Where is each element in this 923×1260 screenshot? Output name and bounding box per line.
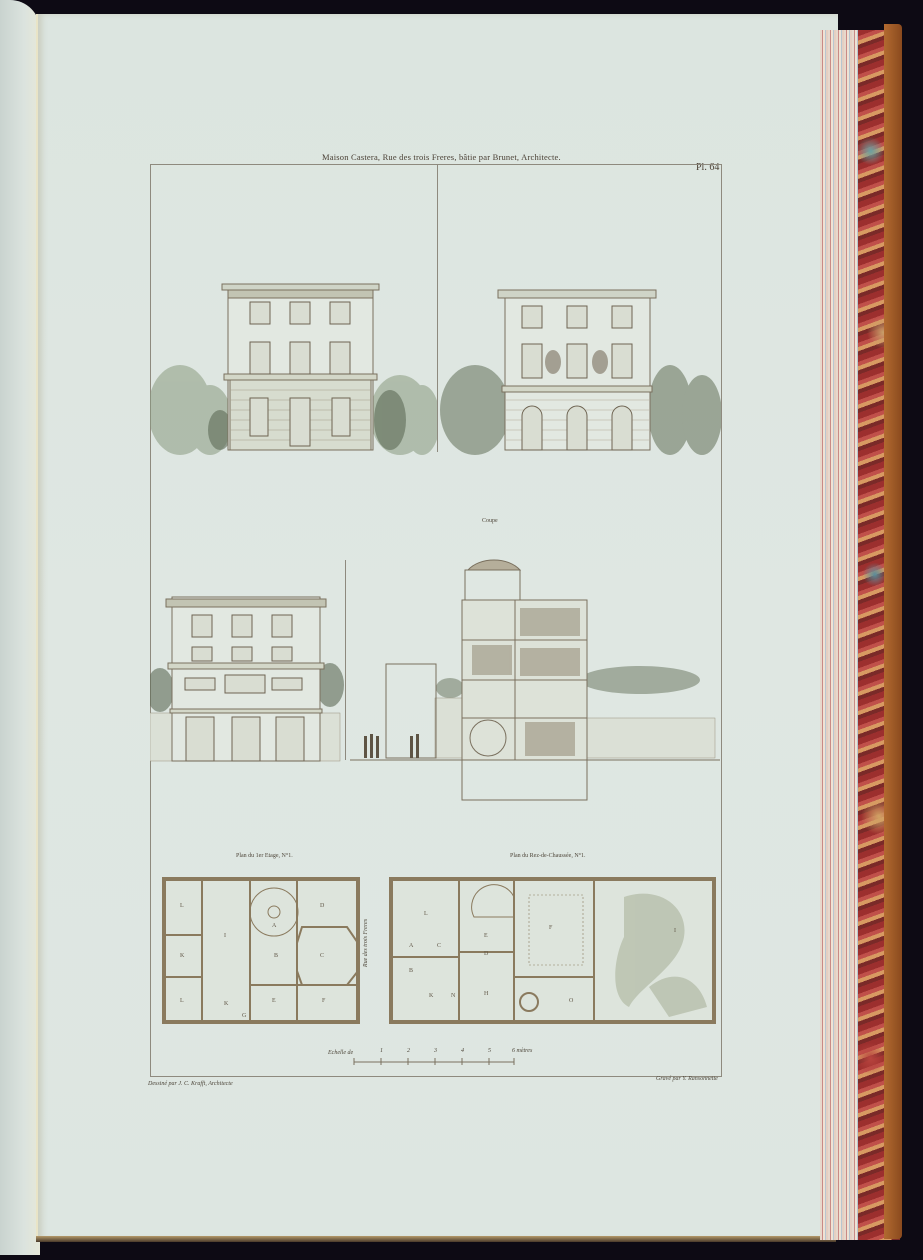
svg-text:K: K [180, 953, 185, 959]
svg-text:L: L [424, 911, 428, 917]
svg-text:H: H [484, 991, 489, 997]
svg-text:A: A [409, 943, 414, 949]
svg-text:E: E [484, 933, 488, 939]
scale-tick-1: 1 [380, 1048, 383, 1054]
scale-bar [352, 1052, 522, 1068]
elevation-front-left [150, 270, 437, 455]
plan-first-floor-label: Plan du 1er Etage, N°1. [236, 853, 293, 859]
svg-text:K: K [224, 1001, 229, 1007]
scale-tick-3: 3 [434, 1048, 437, 1054]
svg-text:L: L [180, 903, 184, 909]
section-label: Coupe [482, 518, 498, 524]
scale-tick-6: 6 mètres [512, 1048, 532, 1054]
svg-text:O: O [569, 998, 574, 1004]
plate-title: Maison Castera, Rue des trois Freres, bâ… [322, 152, 561, 162]
plan-first-floor: LKL IKA BCD EFG [162, 877, 360, 1024]
section-drawing [350, 540, 720, 810]
credit-drawn-by: Dessiné par J. C. Krafft, Architecte [148, 1081, 233, 1087]
frame-bottom [150, 1076, 722, 1077]
svg-text:C: C [437, 943, 441, 949]
page-fore-edge [820, 30, 860, 1240]
svg-text:I: I [674, 928, 676, 934]
frame-top [150, 164, 722, 165]
elevation-garden-right [440, 270, 721, 455]
svg-text:D: D [320, 903, 325, 909]
svg-text:C: C [320, 953, 324, 959]
scale-label: Echelle de [328, 1050, 353, 1056]
svg-text:G: G [242, 1013, 247, 1019]
credit-engraved-by: Gravé par Y. Ransonnette [656, 1076, 718, 1082]
street-label: Rue des trois Freres [363, 919, 369, 967]
svg-text:N: N [451, 993, 456, 999]
scale-tick-5: 5 [488, 1048, 491, 1054]
elevation-street [150, 585, 345, 765]
svg-text:E: E [272, 998, 276, 1004]
svg-text:K: K [429, 993, 434, 999]
frame-divider-mid [345, 560, 346, 760]
svg-text:L: L [180, 998, 184, 1004]
left-page-leaf [0, 0, 40, 1255]
leather-cover-edge [884, 24, 902, 1239]
scale-tick-2: 2 [407, 1048, 410, 1054]
plan-ground-floor: LAC BKN EDH FOI [389, 877, 716, 1024]
svg-text:A: A [272, 923, 277, 929]
page-bottom-edge [36, 1236, 836, 1242]
svg-text:B: B [409, 968, 413, 974]
svg-text:D: D [484, 951, 489, 957]
plan-ground-floor-label: Plan du Rez-de-Chaussée, N°1. [510, 853, 586, 859]
svg-text:I: I [224, 933, 226, 939]
frame-divider-top [437, 164, 438, 452]
scale-tick-4: 4 [461, 1048, 464, 1054]
svg-text:B: B [274, 953, 278, 959]
frame-right [721, 164, 722, 1076]
